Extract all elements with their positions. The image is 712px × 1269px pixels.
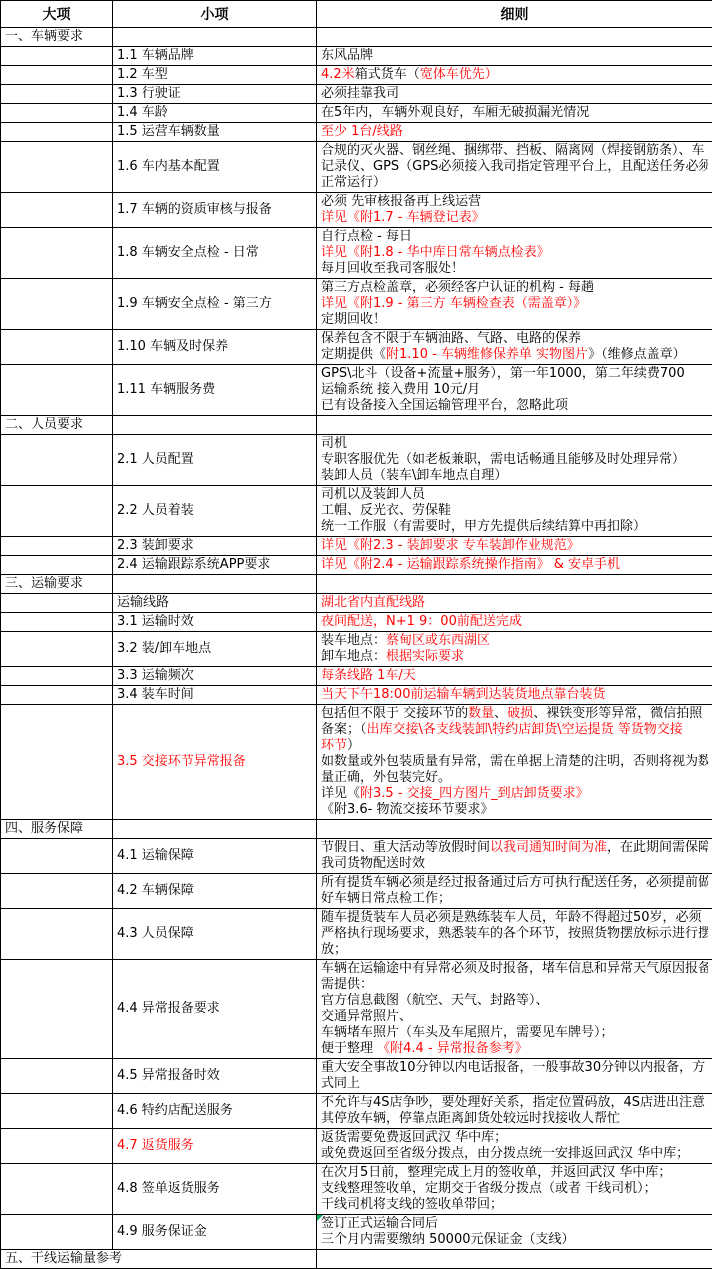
text-segment: 好车辆日常点检工作； <box>321 891 451 906</box>
major-cell[interactable] <box>1 47 113 66</box>
item-label: 2.3 装卸要求 <box>117 538 312 554</box>
item-label-cell[interactable]: 2.3 装卸要求 <box>113 537 317 556</box>
section-label: 二、人员要求 <box>5 417 108 433</box>
table-row: 4.3 人员保障随车提货装车人员必须是熟练装车人员，年龄不得超过50岁，必须严格… <box>1 909 712 960</box>
text-segment-red: 宽体车优先） <box>420 67 498 82</box>
detail-line: 至少 1台/线路 <box>321 124 708 140</box>
item-label: 3.2 装/卸车地点 <box>117 641 312 657</box>
item-label: 1.5 运营车辆数量 <box>117 124 312 140</box>
text-segment-red: 环节 <box>321 738 347 753</box>
table-row: 2.2 人员着装司机以及装卸人员工帽、反光衣、劳保鞋统一工作服（有需要时，甲方先… <box>1 486 712 537</box>
detail-cell[interactable]: 签订正式运输合同后三个月内需要缴纳 50000元保证金（支线） <box>317 1215 712 1250</box>
detail-line: 记录仪、GPS（GPS必须接入我司指定管理平台上，且配送任务必须 <box>321 159 708 175</box>
text-segment: 3.4 装车时间 <box>117 687 194 702</box>
text-segment: 量正确，外包装完好。 <box>321 770 451 785</box>
text-segment-red: 附1.10 - 车辆维修保养单 实物图片 <box>386 347 588 362</box>
text-segment: 在次月5日前，整理完成上月的签收单，并返回武汉 华中库； <box>321 1165 671 1180</box>
text-segment-red: 3.5 交接环节异常报备 <box>117 754 246 769</box>
detail-cell[interactable]: GPS\北斗（设备+流量+服务），第一年1000，第二年续费700运输系统 接入… <box>317 365 712 416</box>
table-row: 1.3 行驶证必须挂靠我司 <box>1 85 712 104</box>
table-row: 4.1 运输保障节假日、重大活动等放假时间以我司通知时间为准，在此期间需保障我司… <box>1 839 712 874</box>
major-cell[interactable] <box>1 537 113 556</box>
major-cell[interactable] <box>1 365 113 416</box>
item-label: 4.3 人员保障 <box>117 926 312 942</box>
table-row: 1.11 车辆服务费GPS\北斗（设备+流量+服务），第一年1000，第二年续费… <box>1 365 712 416</box>
section-label-cell[interactable]: 二、人员要求 <box>1 416 113 435</box>
text-segment: 详见《 <box>321 786 360 801</box>
detail-cell[interactable]: 夜间配送，N+1 9：00前配送完成 <box>317 613 712 632</box>
table-row: 2.3 装卸要求详见《附2.3 - 装卸要求 专车装卸作业规范》 <box>1 537 712 556</box>
text-segment: 放； <box>321 942 347 957</box>
text-segment: 1.7 车辆的资质审核与报备 <box>117 202 272 217</box>
detail-line: 第三方点检盖章，必须经客户认证的机构 - 每趟 <box>321 280 708 296</box>
item-label-cell[interactable]: 1.7 车辆的资质审核与报备 <box>113 193 317 228</box>
detail-line: 定期回收！ <box>321 312 708 328</box>
item-label-cell[interactable]: 4.1 运输保障 <box>113 839 317 874</box>
major-cell[interactable] <box>1 960 113 1059</box>
detail-line: 如数量或外包装质量有异常，需在单据上清楚的注明，否则将视为数 <box>321 754 708 770</box>
text-segment: 运输线路 <box>117 595 169 610</box>
major-cell[interactable] <box>1 1094 113 1129</box>
text-segment: 卸车地点： <box>321 649 386 664</box>
table-body: 一、车辆要求1.1 车辆品牌东风品牌1.2 车型4.2米箱式货车（宽体车优先）1… <box>1 28 712 1269</box>
text-segment: 必须挂靠我司 <box>321 86 399 101</box>
text-segment: 重大安全事故10分钟以内电话报备，一般事故30分钟以内报备，方 <box>321 1060 705 1075</box>
detail-line: GPS\北斗（设备+流量+服务），第一年1000，第二年续费700 <box>321 366 708 382</box>
item-label-cell[interactable]: 3.4 装车时间 <box>113 686 317 705</box>
detail-line: 式同上 <box>321 1076 708 1092</box>
detail-cell[interactable]: 司机以及装卸人员工帽、反光衣、劳保鞋统一工作服（有需要时，甲方先提供后续结算中再… <box>317 486 712 537</box>
item-label-cell[interactable]: 4.4 异常报备要求 <box>113 960 317 1059</box>
text-segment: 1.2 车型 <box>117 67 168 82</box>
detail-line: 4.2米箱式货车（宽体车优先） <box>321 67 708 83</box>
detail-line: 在次月5日前，整理完成上月的签收单，并返回武汉 华中库； <box>321 1165 708 1181</box>
item-label: 1.1 车辆品牌 <box>117 48 312 64</box>
major-cell[interactable] <box>1 123 113 142</box>
item-label-cell[interactable]: 1.3 行驶证 <box>113 85 317 104</box>
text-segment: 节假日、重大活动等放假时间 <box>321 840 490 855</box>
text-segment: 式同上 <box>321 1076 360 1091</box>
table-row: 4.7 返货服务返货需要免费返回武汉 华中库；或免费返回至省级分拨点，由分拨点统… <box>1 1129 712 1164</box>
text-segment: 车辆堵车照片（车头及车尾照片，需要见车牌号）； <box>321 1025 614 1040</box>
item-label: 1.7 车辆的资质审核与报备 <box>117 202 312 218</box>
text-segment: 1.1 车辆品牌 <box>117 48 194 63</box>
text-segment: 官方信息截图（航空、天气、封路等）、 <box>321 993 549 1008</box>
item-label-cell[interactable]: 4.2 车辆保障 <box>113 874 317 909</box>
text-segment: 自行点检 - 每日 <box>321 229 412 244</box>
item-label-cell[interactable]: 2.4 运输跟踪系统APP要求 <box>113 556 317 575</box>
item-label-cell[interactable]: 4.6 特约店配送服务 <box>113 1094 317 1129</box>
major-cell[interactable] <box>1 279 113 330</box>
major-cell[interactable] <box>1 839 113 874</box>
detail-line: 详见《附2.3 - 装卸要求 专车装卸作业规范》 <box>321 538 708 554</box>
detail-line: 夜间配送，N+1 9：00前配送完成 <box>321 614 708 630</box>
item-label: 1.2 车型 <box>117 67 312 83</box>
detail-cell[interactable]: 自行点检 - 每日详见《附1.8 - 华中库日常车辆点检表》每月回收至我司客服处… <box>317 228 712 279</box>
section-label-cell[interactable]: 五、干线运输量参考 <box>1 1250 317 1269</box>
text-segment-red: 详见《附1.7 - 车辆登记表》 <box>321 210 485 225</box>
major-cell[interactable] <box>1 66 113 85</box>
text-segment: 签订正式运输合同后 <box>321 1216 438 1231</box>
table-row: 4.9 服务保证金签订正式运输合同后三个月内需要缴纳 50000元保证金（支线） <box>1 1215 712 1250</box>
detail-cell-empty[interactable] <box>317 28 712 47</box>
text-segment-red: 至少 1台/线路 <box>321 124 403 139</box>
detail-cell-empty[interactable] <box>317 1250 712 1269</box>
item-label: 3.4 装车时间 <box>117 687 312 703</box>
text-segment-red: 根据实际要求 <box>386 649 464 664</box>
detail-cell[interactable]: 在5年内，车辆外观良好，车厢无破损漏光情况 <box>317 104 712 123</box>
table-row: 1.9 车辆安全点检 - 第三方第三方点检盖章，必须经客户认证的机构 - 每趟详… <box>1 279 712 330</box>
detail-cell[interactable]: 车辆在运输途中有异常必须及时报备，堵车信息和异常天气原因报备需提供：官方信息截图… <box>317 960 712 1059</box>
detail-cell[interactable]: 必须挂靠我司 <box>317 85 712 104</box>
detail-cell[interactable]: 司机专职客服优先（如老板兼职，需电话畅通且能够及时处理异常）装卸人员（装车\卸车… <box>317 435 712 486</box>
item-label-cell[interactable]: 1.4 车龄 <box>113 104 317 123</box>
detail-line: 必须挂靠我司 <box>321 86 708 102</box>
text-segment: 2.4 运输跟踪系统APP要求 <box>117 557 270 572</box>
text-segment: 司机 <box>321 436 347 451</box>
text-segment: 统一工作服（有需要时，甲方先提供后续结算中再扣除） <box>321 519 646 534</box>
item-label-cell[interactable]: 3.3 运输频次 <box>113 667 317 686</box>
text-segment-red: 当天下午18:00前运输车辆到达装货地点靠台装货 <box>321 687 605 702</box>
text-segment-red: 详见《附2.3 - 装卸要求 专车装卸作业规范》 <box>321 538 580 553</box>
text-segment: 1.4 车龄 <box>117 105 168 120</box>
major-cell[interactable] <box>1 486 113 537</box>
item-label-cell[interactable]: 1.2 车型 <box>113 66 317 85</box>
section-label-cell[interactable]: 一、车辆要求 <box>1 28 113 47</box>
item-label-cell[interactable]: 4.9 服务保证金 <box>113 1215 317 1250</box>
detail-cell[interactable]: 第三方点检盖章，必须经客户认证的机构 - 每趟详见《附1.9 - 第三方 车辆检… <box>317 279 712 330</box>
major-cell[interactable] <box>1 556 113 575</box>
detail-line: 三个月内需要缴纳 50000元保证金（支线） <box>321 1232 708 1248</box>
item-label: 2.4 运输跟踪系统APP要求 <box>117 557 312 573</box>
detail-cell[interactable]: 东风品牌 <box>317 47 712 66</box>
detail-line: 正常运行） <box>321 175 708 191</box>
item-label: 4.2 车辆保障 <box>117 883 312 899</box>
header-cell-major: 大项 <box>1 1 113 28</box>
text-segment-red: 湖北省内直配线路 <box>321 595 425 610</box>
text-segment: 4.3 人员保障 <box>117 926 194 941</box>
major-cell[interactable] <box>1 104 113 123</box>
section-label-cell[interactable]: 三、运输要求 <box>1 575 113 594</box>
item-label-cell[interactable]: 1.9 车辆安全点检 - 第三方 <box>113 279 317 330</box>
text-segment: 东风品牌 <box>321 48 373 63</box>
item-label-cell[interactable]: 1.1 车辆品牌 <box>113 47 317 66</box>
detail-line: 官方信息截图（航空、天气、封路等）、 <box>321 993 708 1009</box>
major-cell[interactable] <box>1 909 113 960</box>
text-segment: 4.9 服务保证金 <box>117 1224 207 1239</box>
item-label: 1.6 车内基本配置 <box>117 159 312 175</box>
text-segment-red: 《附4.4 - 异常报备参考》 <box>377 1041 528 1056</box>
detail-cell-empty[interactable] <box>317 575 712 594</box>
item-label-cell[interactable]: 1.5 运营车辆数量 <box>113 123 317 142</box>
text-segment: 第三方点检盖章，必须经客户认证的机构 - 每趟 <box>321 280 594 295</box>
table-row: 3.5 交接环节异常报备包括但不限于 交接环节的数量、破损、裸铁变形等异常，微信… <box>1 705 712 820</box>
detail-line: 车辆在运输途中有异常必须及时报备，堵车信息和异常天气原因报备 <box>321 961 708 977</box>
major-cell[interactable] <box>1 686 113 705</box>
major-cell[interactable] <box>1 613 113 632</box>
table-row: 1.8 车辆安全点检 - 日常自行点检 - 每日详见《附1.8 - 华中库日常车… <box>1 228 712 279</box>
table-row: 4.8 签单返货服务在次月5日前，整理完成上月的签收单，并返回武汉 华中库；支线… <box>1 1164 712 1215</box>
detail-line: 每条线路 1车/天 <box>321 668 708 684</box>
detail-line: 每月回收至我司客服处！ <box>321 261 708 277</box>
text-segment: 定期回收！ <box>321 312 386 327</box>
detail-line: 随车提货装车人员必须是熟练装车人员，年龄不得超过50岁，必须 <box>321 910 708 926</box>
text-segment: 1.5 运营车辆数量 <box>117 124 220 139</box>
detail-line: 节假日、重大活动等放假时间以我司通知时间为准，在此期间需保障 <box>321 840 708 856</box>
table-row: 运输线路湖北省内直配线路 <box>1 594 712 613</box>
item-label: 4.4 异常报备要求 <box>117 1001 312 1017</box>
item-label-cell[interactable]: 2.2 人员着装 <box>113 486 317 537</box>
item-label: 2.2 人员着装 <box>117 503 312 519</box>
text-segment: 二、人员要求 <box>5 417 83 432</box>
text-segment: 包括但不限于 交接环节的 <box>321 706 468 721</box>
text-segment: 3.2 装/卸车地点 <box>117 641 211 656</box>
item-label-cell[interactable]: 4.8 签单返货服务 <box>113 1164 317 1215</box>
item-label-cell[interactable]: 4.5 异常报备时效 <box>113 1059 317 1094</box>
major-cell[interactable] <box>1 874 113 909</box>
section-label-cell[interactable]: 四、服务保障 <box>1 820 113 839</box>
detail-cell[interactable]: 合规的灭火器、钢丝绳、捆绑带、挡板、隔离网（焊接钢筋条）、车记录仪、GPS（GP… <box>317 142 712 193</box>
text-segment: 定期提供《 <box>321 347 386 362</box>
minor-cell-empty[interactable] <box>113 820 317 839</box>
text-segment: 1.3 行驶证 <box>117 86 181 101</box>
table-row: 1.4 车龄在5年内，车辆外观良好，车厢无破损漏光情况 <box>1 104 712 123</box>
text-segment: 4.2 车辆保障 <box>117 883 194 898</box>
major-cell[interactable] <box>1 85 113 104</box>
header-row: 大项 小项 细则 <box>1 1 712 28</box>
item-label: 1.11 车辆服务费 <box>117 382 312 398</box>
major-cell[interactable] <box>1 594 113 613</box>
detail-cell[interactable]: 详见《附2.4 - 运输跟踪系统操作指南》 & 安卓手机 <box>317 556 712 575</box>
table-row: 3.1 运输时效夜间配送，N+1 9：00前配送完成 <box>1 613 712 632</box>
detail-line: 卸车地点：根据实际要求 <box>321 649 708 665</box>
major-cell[interactable] <box>1 330 113 365</box>
text-segment-red: 蔡甸区或东西湖区 <box>386 633 490 648</box>
detail-line: 东风品牌 <box>321 48 708 64</box>
text-segment-red: 详见《附1.8 - 华中库日常车辆点检表》 <box>321 245 550 260</box>
table-row: 1.5 运营车辆数量至少 1台/线路 <box>1 123 712 142</box>
section-label: 四、服务保障 <box>5 821 108 837</box>
table-row: 1.2 车型4.2米箱式货车（宽体车优先） <box>1 66 712 85</box>
major-cell[interactable] <box>1 1215 113 1250</box>
text-segment: 每月回收至我司客服处！ <box>321 261 464 276</box>
major-cell[interactable] <box>1 435 113 486</box>
detail-line: 需提供： <box>321 977 708 993</box>
text-segment: 或免费返回至省级分拨点，由分拨点统一安排返回武汉 华中库； <box>321 1146 689 1161</box>
text-segment: 支线整理签收单，定期交于省级分拨点（或者 干线司机）； <box>321 1181 657 1196</box>
text-segment: 交通异常照片、 <box>321 1009 412 1024</box>
item-label-cell[interactable]: 4.3 人员保障 <box>113 909 317 960</box>
detail-line: 湖北省内直配线路 <box>321 595 708 611</box>
item-label-cell[interactable]: 3.2 装/卸车地点 <box>113 632 317 667</box>
text-segment: 4.6 特约店配送服务 <box>117 1103 233 1118</box>
detail-line: 好车辆日常点检工作； <box>321 891 708 907</box>
text-segment: 1.6 车内基本配置 <box>117 159 220 174</box>
text-segment: 所有提货车辆必须是经过报备通过后方可执行配送任务，必须提前做 <box>321 875 708 890</box>
text-segment: 4.5 异常报备时效 <box>117 1068 220 1083</box>
major-cell[interactable] <box>1 667 113 686</box>
detail-line: 司机 <box>321 436 708 452</box>
text-segment-red: 以我司通知时间为准 <box>490 840 607 855</box>
header-cell-detail: 细则 <box>317 1 712 28</box>
detail-cell[interactable]: 装车地点：蔡甸区或东西湖区卸车地点：根据实际要求 <box>317 632 712 667</box>
text-segment: 必须 先审核报备再上线运营 <box>321 194 481 209</box>
item-label: 4.9 服务保证金 <box>117 1224 312 1240</box>
item-label: 1.4 车龄 <box>117 105 312 121</box>
detail-cell[interactable]: 返货需要免费返回武汉 华中库；或免费返回至省级分拨点，由分拨点统一安排返回武汉 … <box>317 1129 712 1164</box>
section-row: 五、干线运输量参考 <box>1 1250 712 1269</box>
item-label: 4.7 返货服务 <box>117 1138 312 1154</box>
detail-line: 工帽、反光衣、劳保鞋 <box>321 503 708 519</box>
text-segment-red: 每条线路 1车/天 <box>321 668 416 683</box>
item-label-cell[interactable]: 1.6 车内基本配置 <box>113 142 317 193</box>
detail-cell[interactable]: 不允许与4S店争吵，要处理好关系，指定位置码放，4S店进出注意其停放车辆，停靠点… <box>317 1094 712 1129</box>
text-segment: 三、运输要求 <box>5 576 83 591</box>
detail-line: 司机以及装卸人员 <box>321 487 708 503</box>
text-segment: 4.8 签单返货服务 <box>117 1181 220 1196</box>
text-segment-red: 破损 <box>507 706 533 721</box>
item-label: 运输线路 <box>117 595 312 611</box>
detail-line: 便于整理 《附4.4 - 异常报备参考》 <box>321 1041 708 1057</box>
text-segment: 随车提货装车人员必须是熟练装车人员，年龄不得超过50岁，必须 <box>321 910 702 925</box>
detail-cell[interactable]: 每条线路 1车/天 <box>317 667 712 686</box>
text-segment: 严格执行现场要求，熟悉装车的各个环节，按照货物摆放标示进行摆 <box>321 926 708 941</box>
text-segment: 3.3 运输频次 <box>117 668 194 683</box>
text-segment: 2.1 人员配置 <box>117 452 194 467</box>
text-segment: 五、干线运输量参考 <box>5 1251 122 1266</box>
detail-cell[interactable]: 随车提货装车人员必须是熟练装车人员，年龄不得超过50岁，必须严格执行现场要求，熟… <box>317 909 712 960</box>
item-label-cell[interactable]: 1.10 车辆及时保养 <box>113 330 317 365</box>
detail-cell[interactable]: 至少 1台/线路 <box>317 123 712 142</box>
major-cell[interactable] <box>1 1129 113 1164</box>
text-segment: 如数量或外包装质量有异常，需在单据上清楚的注明，否则将视为数 <box>321 754 708 769</box>
detail-line: 详见《附2.4 - 运输跟踪系统操作指南》 & 安卓手机 <box>321 557 708 573</box>
detail-cell-empty[interactable] <box>317 820 712 839</box>
text-segment: 4.4 异常报备要求 <box>117 1001 220 1016</box>
detail-cell[interactable]: 湖北省内直配线路 <box>317 594 712 613</box>
major-cell[interactable] <box>1 142 113 193</box>
table-row: 1.6 车内基本配置合规的灭火器、钢丝绳、捆绑带、挡板、隔离网（焊接钢筋条）、车… <box>1 142 712 193</box>
minor-cell-empty[interactable] <box>113 575 317 594</box>
comment-marker-icon <box>317 1215 323 1221</box>
detail-cell[interactable]: 包括但不限于 交接环节的数量、破损、裸铁变形等异常，微信拍照备案；（出库交接\各… <box>317 705 712 820</box>
text-segment: 记录仪、GPS（GPS必须接入我司指定管理平台上，且配送任务必须 <box>321 159 708 174</box>
item-label-cell[interactable]: 2.1 人员配置 <box>113 435 317 486</box>
detail-cell-empty[interactable] <box>317 416 712 435</box>
text-segment: GPS\北斗（设备+流量+服务），第一年1000，第二年续费700 <box>321 366 685 381</box>
major-cell[interactable] <box>1 193 113 228</box>
detail-cell[interactable]: 重大安全事故10分钟以内电话报备，一般事故30分钟以内报备，方式同上 <box>317 1059 712 1094</box>
text-segment: 在5年内，车辆外观良好，车厢无破损漏光情况 <box>321 105 589 120</box>
detail-line: 详见《附1.8 - 华中库日常车辆点检表》 <box>321 245 708 261</box>
section-row: 四、服务保障 <box>1 820 712 839</box>
major-cell[interactable] <box>1 1164 113 1215</box>
item-label: 4.1 运输保障 <box>117 848 312 864</box>
detail-line: 量正确，外包装完好。 <box>321 770 708 786</box>
detail-cell[interactable]: 保养包含不限于车辆油路、气路、电路的保养定期提供《附1.10 - 车辆维修保养单… <box>317 330 712 365</box>
item-label: 2.1 人员配置 <box>117 452 312 468</box>
text-segment: 车辆在运输途中有异常必须及时报备，堵车信息和异常天气原因报备 <box>321 961 708 976</box>
item-label: 1.9 车辆安全点检 - 第三方 <box>117 296 312 312</box>
minor-cell-empty[interactable] <box>113 416 317 435</box>
text-segment: 装卸人员（装车\卸车地点自理） <box>321 468 507 483</box>
table-row: 3.2 装/卸车地点装车地点：蔡甸区或东西湖区卸车地点：根据实际要求 <box>1 632 712 667</box>
item-label-cell[interactable]: 3.5 交接环节异常报备 <box>113 705 317 820</box>
section-row: 三、运输要求 <box>1 575 712 594</box>
text-segment: 2.3 装卸要求 <box>117 538 194 553</box>
table-row: 1.1 车辆品牌东风品牌 <box>1 47 712 66</box>
text-segment: ） <box>347 738 360 753</box>
detail-cell[interactable]: 节假日、重大活动等放假时间以我司通知时间为准，在此期间需保障我司货物配送时效 <box>317 839 712 874</box>
item-label-cell[interactable]: 运输线路 <box>113 594 317 613</box>
detail-cell[interactable]: 在次月5日前，整理完成上月的签收单，并返回武汉 华中库；支线整理签收单，定期交于… <box>317 1164 712 1215</box>
detail-cell[interactable]: 必须 先审核报备再上线运营详见《附1.7 - 车辆登记表》 <box>317 193 712 228</box>
item-label: 3.5 交接环节异常报备 <box>117 754 312 770</box>
detail-cell[interactable]: 所有提货车辆必须是经过报备通过后方可执行配送任务，必须提前做好车辆日常点检工作； <box>317 874 712 909</box>
item-label: 3.1 运输时效 <box>117 614 312 630</box>
detail-line: 所有提货车辆必须是经过报备通过后方可执行配送任务，必须提前做 <box>321 875 708 891</box>
detail-line: 合规的灭火器、钢丝绳、捆绑带、挡板、隔离网（焊接钢筋条）、车 <box>321 143 708 159</box>
detail-line: 统一工作服（有需要时，甲方先提供后续结算中再扣除） <box>321 519 708 535</box>
detail-line: 不允许与4S店争吵，要处理好关系，指定位置码放，4S店进出注意 <box>321 1095 708 1111</box>
table-row: 4.4 异常报备要求车辆在运输途中有异常必须及时报备，堵车信息和异常天气原因报备… <box>1 960 712 1059</box>
text-segment: 4.1 运输保障 <box>117 848 194 863</box>
detail-line: 自行点检 - 每日 <box>321 229 708 245</box>
text-segment-red: 出库交接\各支线装卸\特约店卸货\空运提货 等货物交接 <box>367 722 683 737</box>
detail-cell[interactable]: 详见《附2.3 - 装卸要求 专车装卸作业规范》 <box>317 537 712 556</box>
text-segment: 返货需要免费返回武汉 华中库； <box>321 1130 507 1145</box>
item-label: 3.3 运输频次 <box>117 668 312 684</box>
detail-cell[interactable]: 当天下午18:00前运输车辆到达装货地点靠台装货 <box>317 686 712 705</box>
detail-cell[interactable]: 4.2米箱式货车（宽体车优先） <box>317 66 712 85</box>
text-segment: 四、服务保障 <box>5 821 83 836</box>
table-row: 2.4 运输跟踪系统APP要求详见《附2.4 - 运输跟踪系统操作指南》 & 安… <box>1 556 712 575</box>
major-cell[interactable] <box>1 228 113 279</box>
detail-line: 环节） <box>321 738 708 754</box>
table-row: 3.3 运输频次每条线路 1车/天 <box>1 667 712 686</box>
detail-line: 重大安全事故10分钟以内电话报备，一般事故30分钟以内报备，方 <box>321 1060 708 1076</box>
detail-line: 返货需要免费返回武汉 华中库； <box>321 1130 708 1146</box>
detail-line: 装卸人员（装车\卸车地点自理） <box>321 468 708 484</box>
item-label: 4.5 异常报备时效 <box>117 1068 312 1084</box>
text-segment: 一、车辆要求 <box>5 29 83 44</box>
text-segment: 1.11 车辆服务费 <box>117 382 215 397</box>
item-label: 4.8 签单返货服务 <box>117 1181 312 1197</box>
text-segment-red: 数量 <box>468 706 494 721</box>
text-segment: 其停放车辆，停靠点距离卸货处较远时找接收人帮忙 <box>321 1111 620 1126</box>
detail-line: 定期提供《附1.10 - 车辆维修保养单 实物图片》（维修点盖章） <box>321 347 708 363</box>
text-segment: 运输系统 接入费用 10元/月 <box>321 382 480 397</box>
item-label-cell[interactable]: 3.1 运输时效 <box>113 613 317 632</box>
text-segment: 1.9 车辆安全点检 - 第三方 <box>117 296 272 311</box>
text-segment: 1.10 车辆及时保养 <box>117 339 228 354</box>
item-label-cell[interactable]: 1.11 车辆服务费 <box>113 365 317 416</box>
major-cell[interactable] <box>1 705 113 820</box>
detail-line: 签订正式运输合同后 <box>321 1216 708 1232</box>
header-cell-minor: 小项 <box>113 1 317 28</box>
section-label: 五、干线运输量参考 <box>5 1251 312 1267</box>
detail-line: 专职客服优先（如老板兼职，需电话畅通且能够及时处理异常） <box>321 452 708 468</box>
minor-cell-empty[interactable] <box>113 28 317 47</box>
major-cell[interactable] <box>1 1059 113 1094</box>
text-segment: 干线司机将支线的签收单带回； <box>321 1197 503 1212</box>
text-segment: 保养包含不限于车辆油路、气路、电路的保养 <box>321 331 581 346</box>
major-cell[interactable] <box>1 632 113 667</box>
text-segment: 工帽、反光衣、劳保鞋 <box>321 503 451 518</box>
item-label-cell[interactable]: 1.8 车辆安全点检 - 日常 <box>113 228 317 279</box>
detail-line: 详见《附1.9 - 第三方 车辆检查表（需盖章）》 <box>321 296 708 312</box>
item-label-cell[interactable]: 4.7 返货服务 <box>113 1129 317 1164</box>
